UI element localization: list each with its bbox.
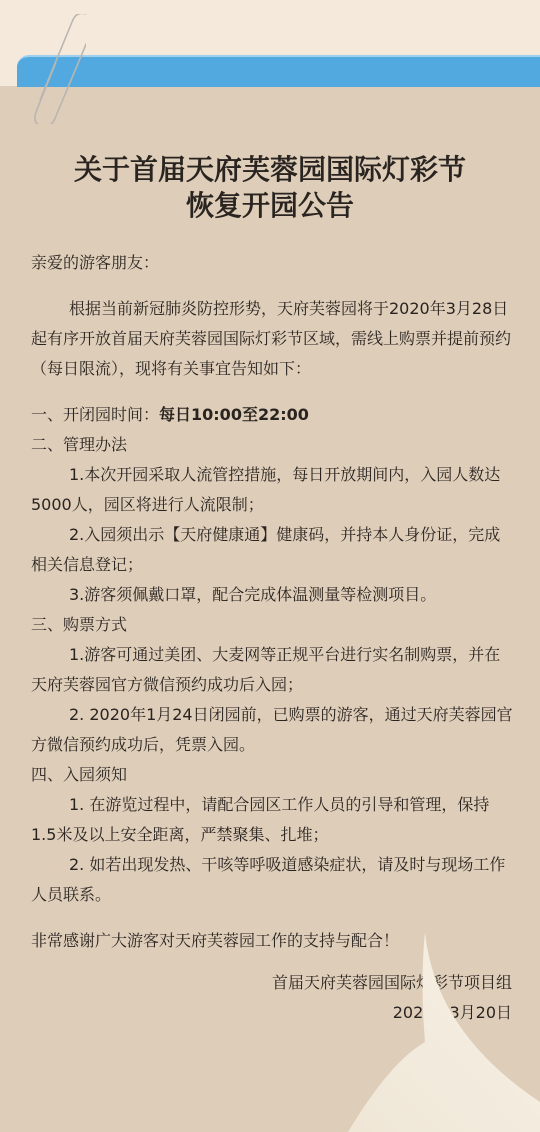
section-2-item-1: 1.本次开园采取人流管控措施，每日开放期间内，入园人数达5000人，园区将进行人…	[31, 460, 513, 520]
opening-hours: 每日10:00至22:00	[159, 405, 309, 424]
blue-folder-tab	[17, 55, 540, 89]
section-4-item-1: 1. 在游览过程中，请配合园区工作人员的引导和管理，保持1.5米及以上安全距离，…	[31, 790, 513, 850]
paperclip-icon	[26, 14, 86, 124]
page-curl-icon	[300, 882, 540, 1132]
greeting: 亲爱的游客朋友：	[31, 248, 513, 278]
title-line-2: 恢复开园公告	[0, 188, 540, 224]
intro-paragraph: 根据当前新冠肺炎防控形势，天府芙蓉园将于2020年3月28日起有序开放首届天府芙…	[31, 294, 513, 384]
section-2-item-3: 3.游客须佩戴口罩，配合完成体温测量等检测项目。	[31, 580, 513, 610]
notice-body: 亲爱的游客朋友： 根据当前新冠肺炎防控形势，天府芙蓉园将于2020年3月28日起…	[31, 248, 513, 956]
section-3-item-2: 2. 2020年1月24日闭园前，已购票的游客，通过天府芙蓉园官方微信预约成功后…	[31, 700, 513, 760]
section-3-item-1: 1.游客可通过美团、大麦网等正规平台进行实名制购票，并在天府芙蓉园官方微信预约成…	[31, 640, 513, 700]
section-2-item-2: 2.入园须出示【天府健康通】健康码，并持本人身份证，完成相关信息登记；	[31, 520, 513, 580]
section-2-heading: 二、管理办法	[31, 430, 513, 460]
title-line-1: 关于首届天府芙蓉园国际灯彩节	[0, 152, 540, 188]
section-4-heading: 四、入园须知	[31, 760, 513, 790]
page-title: 关于首届天府芙蓉园国际灯彩节 恢复开园公告	[0, 152, 540, 224]
section-3-heading: 三、购票方式	[31, 610, 513, 640]
section-1-heading: 一、开闭园时间：每日10:00至22:00	[31, 400, 513, 430]
